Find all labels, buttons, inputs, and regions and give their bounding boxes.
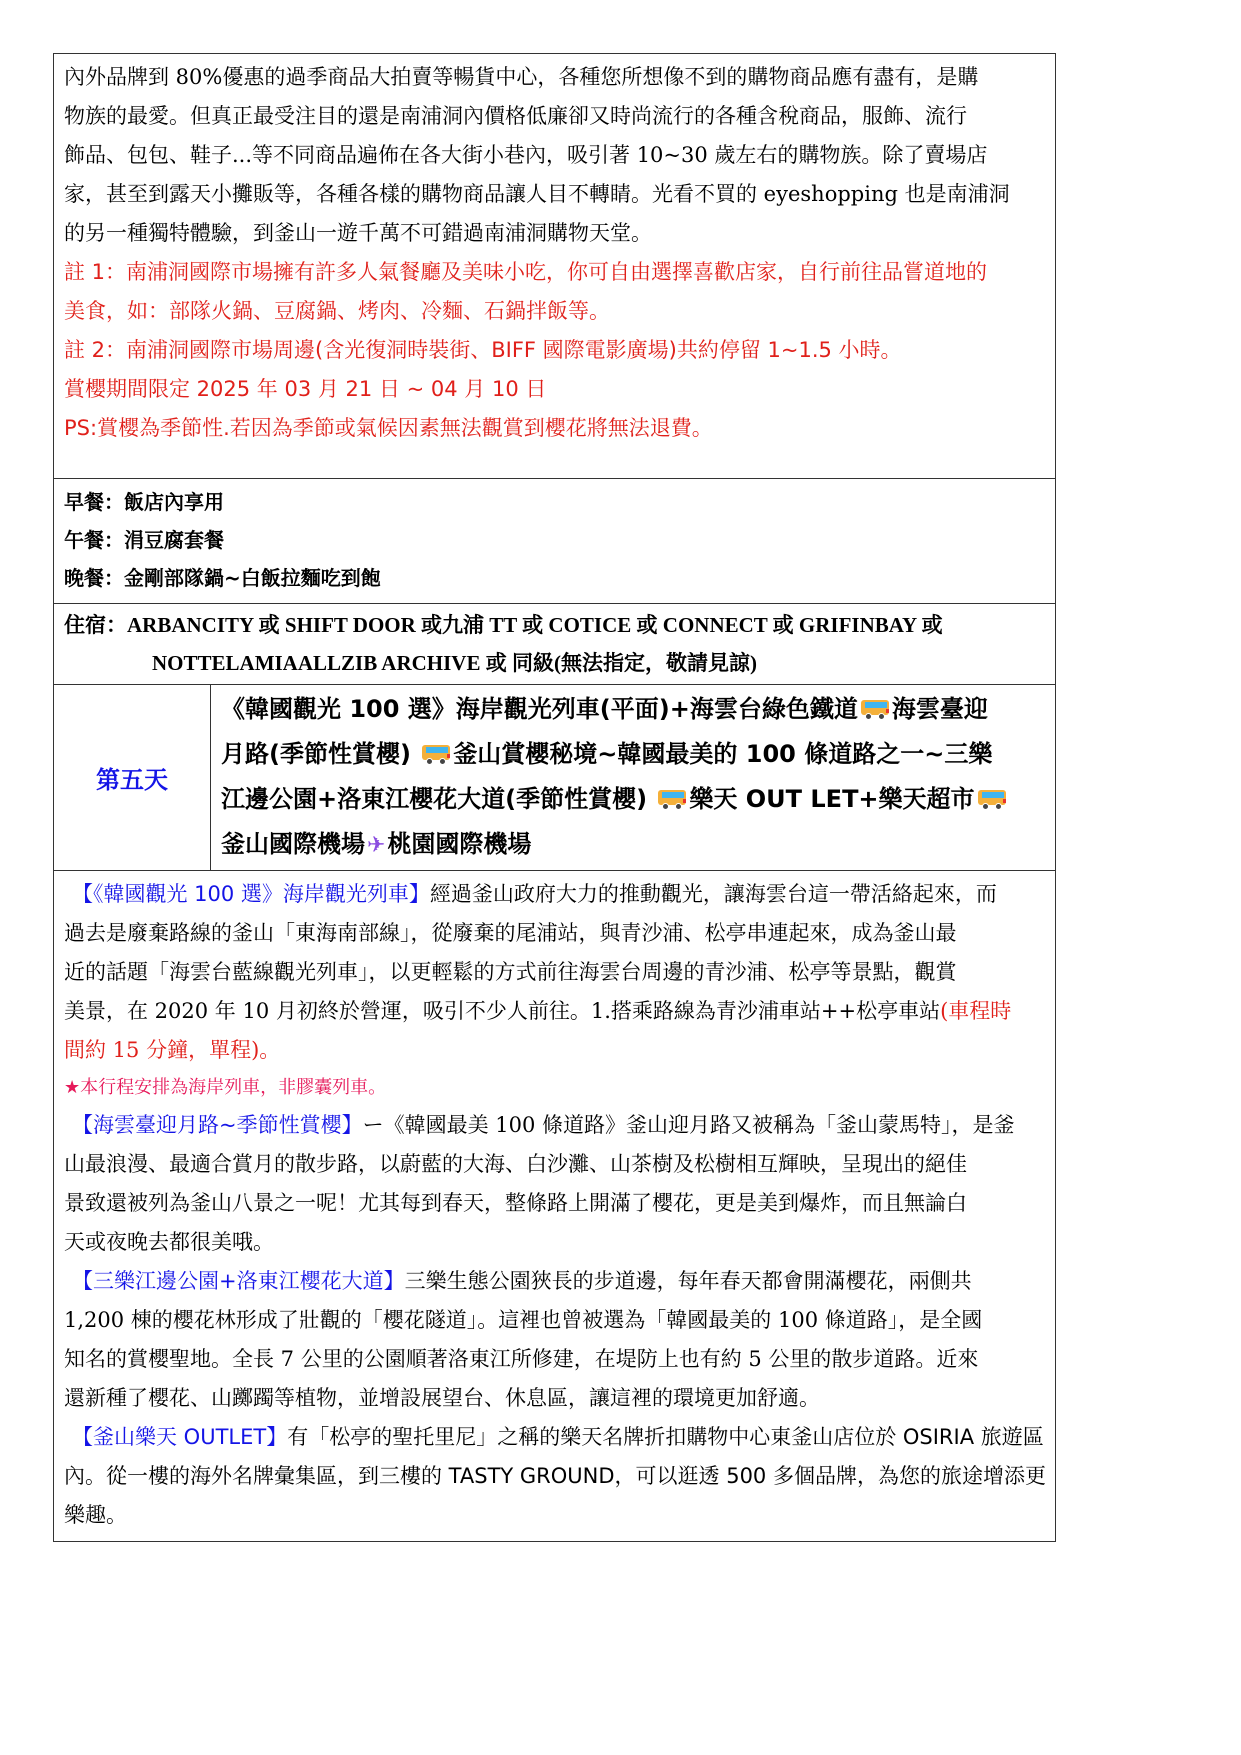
train-duration: (車程時: [940, 999, 1011, 1023]
route-text: 釜山國際機場: [221, 830, 365, 858]
day-row: 第五天 《韓國觀光 100 選》海岸觀光列車(平面)+海雲台綠色鐵道海雲臺迎 月…: [54, 685, 1056, 871]
meals-row: 早餐：飯店內享用 午餐：涓豆腐套餐 晚餐：金剛部隊鍋~白飯拉麵吃到飽: [54, 479, 1056, 604]
train-text: 經過釜山政府大力的推動觀光，讓海雲台這一帶活絡起來，而: [430, 882, 997, 906]
route-text: 海雲臺迎: [892, 695, 988, 723]
train-text: 美景，在 2020 年 10 月初終於營運，吸引不少人前往。1.搭乘路線為青沙浦…: [64, 999, 940, 1023]
outlet-heading: 【釜山樂天 OUTLET】: [72, 1425, 287, 1449]
moonroad-text: 山最浪漫、最適合賞月的散步路，以蔚藍的大海、白沙灘、山茶樹及松樹相互輝映，呈現出…: [64, 1145, 1045, 1184]
airplane-icon: ✈: [367, 823, 385, 868]
intro-line: 飾品、包包、鞋子...等不同商品遍佈在各大街小巷內，吸引著 10~30 歲左右的…: [64, 136, 1045, 175]
route-text: 月路(季節性賞櫻): [221, 740, 411, 768]
intro-row: 內外品牌到 80%優惠的過季商品大拍賣等暢貨中心，各種您所想像不到的購物商品應有…: [54, 54, 1056, 479]
dinner-info: 晚餐：金剛部隊鍋~白飯拉麵吃到飽: [64, 559, 1045, 597]
refund-disclaimer: PS:賞櫻為季節性.若因為季節或氣候因素無法觀賞到櫻花將無法退費。: [64, 409, 1045, 448]
outlet-text: 樂趣。: [64, 1496, 1045, 1535]
day-label: 第五天: [54, 685, 211, 871]
breakfast-info: 早餐：飯店內享用: [64, 483, 1045, 521]
intro-line: 的另一種獨特體驗，到釜山一遊千萬不可錯過南浦洞購物天堂。: [64, 214, 1045, 253]
meals-cell: 早餐：飯店內享用 午餐：涓豆腐套餐 晚餐：金剛部隊鍋~白飯拉麵吃到飽: [54, 479, 1056, 604]
samnak-text: 還新種了櫻花、山躑躅等植物，並增設展望台、休息區，讓這裡的環境更加舒適。: [64, 1379, 1045, 1418]
hotel-line-1: 住宿：ARBANCITY 或 SHIFT DOOR 或九浦 TT 或 COTIC…: [64, 606, 1045, 644]
intro-line: 家，甚至到露天小攤販等，各種各樣的購物商品讓人目不轉睛。光看不買的 eyesho…: [64, 175, 1045, 214]
route-text: 釜山賞櫻秘境~韓國最美的 100 條道路之一~三樂: [453, 740, 992, 768]
route-text: 《韓國觀光 100 選》海岸觀光列車(平面)+海雲台綠色鐵道: [221, 695, 858, 723]
moonroad-text: 景致還被列為釜山八景之一呢！尤其每到春天，整條路上開滿了櫻花，更是美到爆炸，而且…: [64, 1184, 1045, 1223]
note-1-line: 美食，如：部隊火鍋、豆腐鍋、烤肉、冷麵、石鍋拌飯等。: [64, 292, 1045, 331]
hotel-row: 住宿：ARBANCITY 或 SHIFT DOOR 或九浦 TT 或 COTIC…: [54, 604, 1056, 685]
bus-icon: [978, 790, 1006, 810]
note-2-line: 註 2：南浦洞國際市場周邊(含光復洞時裝街、BIFF 國際電影廣場)共約停留 1…: [64, 331, 1045, 370]
train-text: 過去是廢棄路線的釜山「東海南部線」，從廢棄的尾浦站，與青沙浦、松亭串連起來，成為…: [64, 914, 1045, 953]
train-star-note: ★本行程安排為海岸列車，非膠囊列車。: [64, 1070, 1045, 1106]
outlet-text: 有「松亭的聖托里尼」之稱的樂天名牌折扣購物中心東釜山店位於 OSIRIA 旅遊區: [287, 1425, 1044, 1449]
intro-cell: 內外品牌到 80%優惠的過季商品大拍賣等暢貨中心，各種您所想像不到的購物商品應有…: [54, 54, 1056, 479]
descriptions-cell: 【《韓國觀光 100 選》海岸觀光列車】經過釜山政府大力的推動觀光，讓海雲台這一…: [54, 871, 1056, 1542]
bus-icon: [422, 745, 450, 765]
samnak-heading: 【三樂江邊公園+洛東江櫻花大道】: [72, 1269, 405, 1293]
hotel-line-2: NOTTELAMIAALLZIB ARCHIVE 或 同級(無法指定，敬請見諒): [64, 644, 1045, 682]
samnak-text: 知名的賞櫻聖地。全長 7 公里的公園順著洛東江所修建，在堤防上也有約 5 公里的…: [64, 1340, 1045, 1379]
itinerary-table: 內外品牌到 80%優惠的過季商品大拍賣等暢貨中心，各種您所想像不到的購物商品應有…: [53, 53, 1056, 1542]
route-text: 江邊公園+洛東江櫻花大道(季節性賞櫻): [221, 785, 647, 813]
samnak-text: 1,200 棟的櫻花林形成了壯觀的「櫻花隧道」。這裡也曾被選為「韓國最美的 10…: [64, 1301, 1045, 1340]
route-text: 樂天 OUT LET+樂天超市: [689, 785, 974, 813]
note-1-line: 註 1：南浦洞國際市場擁有許多人氣餐廳及美味小吃，你可自由選擇喜歡店家，自行前往…: [64, 253, 1045, 292]
train-text: 近的話題「海雲台藍線觀光列車」，以更輕鬆的方式前往海雲台周邊的青沙浦、松亭等景點…: [64, 953, 1045, 992]
hotel-cell: 住宿：ARBANCITY 或 SHIFT DOOR 或九浦 TT 或 COTIC…: [54, 604, 1056, 685]
train-duration: 間約 15 分鐘，單程)。: [64, 1031, 1045, 1070]
intro-line: 內外品牌到 80%優惠的過季商品大拍賣等暢貨中心，各種您所想像不到的購物商品應有…: [64, 58, 1045, 97]
route-cell: 《韓國觀光 100 選》海岸觀光列車(平面)+海雲台綠色鐵道海雲臺迎 月路(季節…: [211, 685, 1056, 871]
route-text: 桃園國際機場: [387, 830, 531, 858]
samnak-text: 三樂生態公園狹長的步道邊，每年春天都會開滿櫻花，兩側共: [405, 1269, 972, 1293]
itinerary-page: 內外品牌到 80%優惠的過季商品大拍賣等暢貨中心，各種您所想像不到的購物商品應有…: [53, 53, 1056, 1542]
intro-line: 物族的最愛。但真正最受注目的還是南浦洞內價格低廉卻又時尚流行的各種含稅商品，服飾…: [64, 97, 1045, 136]
moonroad-heading: 【海雲臺迎月路~季節性賞櫻】: [72, 1113, 363, 1137]
train-heading: 【《韓國觀光 100 選》海岸觀光列車】: [72, 882, 430, 906]
moonroad-text: ー《韓國最美 100 條道路》釜山迎月路又被稱為「釜山蒙馬特」，是釜: [363, 1113, 1015, 1137]
lunch-info: 午餐：涓豆腐套餐: [64, 521, 1045, 559]
bus-icon: [658, 790, 686, 810]
moonroad-text: 天或夜晚去都很美哦。: [64, 1223, 1045, 1262]
bus-icon: [861, 700, 889, 720]
cherry-blossom-period: 賞櫻期間限定 2025 年 03 月 21 日 ~ 04 月 10 日: [64, 370, 1045, 409]
descriptions-row: 【《韓國觀光 100 選》海岸觀光列車】經過釜山政府大力的推動觀光，讓海雲台這一…: [54, 871, 1056, 1542]
outlet-text: 內。從一樓的海外名牌彙集區，到三樓的 TASTY GROUND，可以逛透 500…: [64, 1457, 1045, 1496]
